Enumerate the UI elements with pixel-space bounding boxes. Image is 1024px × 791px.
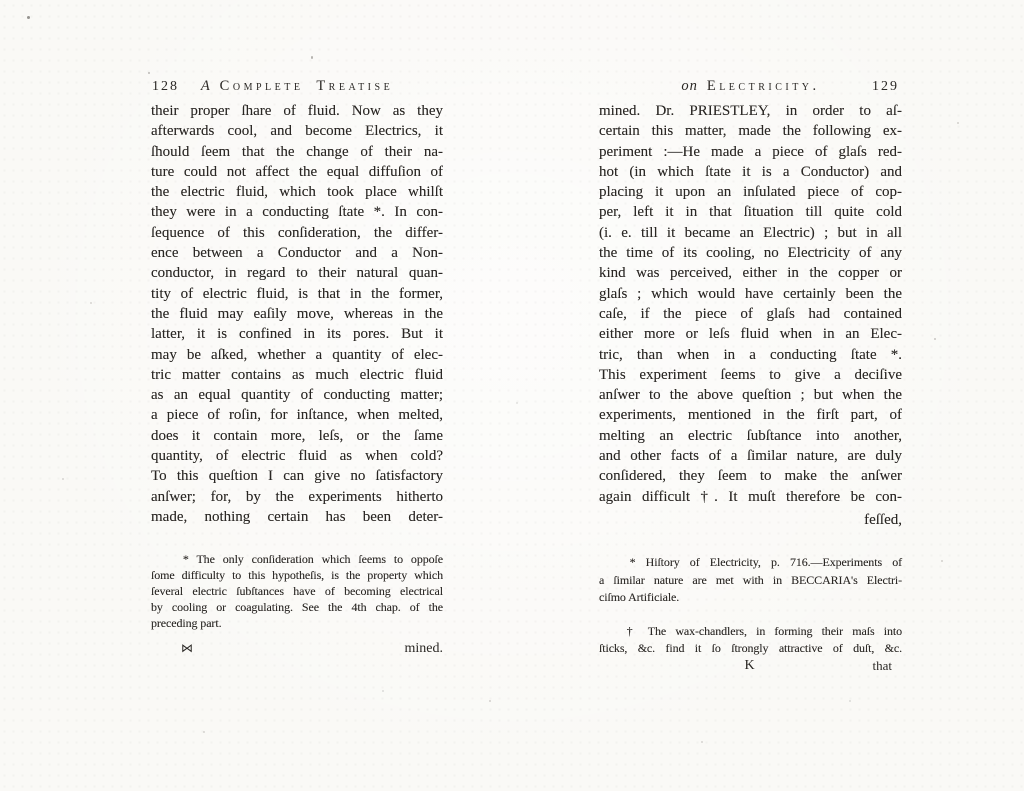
text-line: the time of its cooling, no Electricity … bbox=[599, 243, 902, 263]
left-footnote: * The only conſideration which ſeems to … bbox=[151, 551, 443, 631]
running-title-text: Electricity. bbox=[707, 78, 820, 94]
left-running-title: AComplete Treatise bbox=[151, 78, 443, 95]
text-line: they were in a conducting ſtate *. In co… bbox=[151, 202, 443, 222]
text-line: a piece of roſin, for inſtance, when mel… bbox=[151, 405, 443, 425]
text-line: again difficult †. It muſt therefore be … bbox=[599, 487, 902, 507]
text-line: conductor, in regard to their natural qu… bbox=[151, 263, 443, 283]
text-line: periment :—He made a piece of glaſs red- bbox=[599, 142, 902, 162]
text-line: * Hiſtory of Electricity, p. 716.—Experi… bbox=[599, 554, 902, 572]
text-line: does it contain more, leſs, or the ſame bbox=[151, 426, 443, 446]
text-line: ſome difficulty to this hypotheſis, is t… bbox=[151, 567, 443, 583]
text-line: the electric fluid, which took place whi… bbox=[151, 182, 443, 202]
left-page: 128 AComplete Treatise their proper ſhar… bbox=[151, 78, 443, 659]
text-line: To this queſtion I can give no ſatisfact… bbox=[151, 466, 443, 486]
paper-speck bbox=[934, 338, 936, 340]
paper-speck bbox=[148, 72, 150, 74]
text-line: quantity, of electric fluid as when cold… bbox=[151, 446, 443, 466]
catchword: mined. bbox=[405, 641, 444, 657]
paper-speck bbox=[957, 122, 959, 124]
text-line: a ſimilar nature are met with in BECCARI… bbox=[599, 572, 902, 590]
text-line: tric, than when in a conducting ſtate *. bbox=[599, 345, 902, 365]
right-running-title: onElectricity. bbox=[599, 78, 902, 95]
right-page-header: onElectricity. 129 bbox=[599, 78, 902, 98]
text-line: glaſs ; which would have certainly been … bbox=[599, 284, 902, 304]
text-line: anſwer; for, by the experiments hitherto bbox=[151, 487, 443, 507]
text-line: certain this matter, made the following … bbox=[599, 121, 902, 141]
text-line: This experiment ſeems to give a deciſive bbox=[599, 365, 902, 385]
signature-mark: K bbox=[744, 658, 755, 674]
text-line: the fluid may eaſily move, whereas in th… bbox=[151, 304, 443, 324]
press-figure-mark: ⋈ bbox=[181, 641, 193, 656]
text-line: tric matter contains as much electric fl… bbox=[151, 365, 443, 385]
right-body-text: mined. Dr. PRIESTLEY, in order to aſ-cer… bbox=[599, 101, 902, 507]
paper-speck bbox=[941, 560, 943, 562]
text-line: preceding part. bbox=[151, 615, 443, 631]
text-line: hot (in which ſtate it is a Conductor) a… bbox=[599, 162, 902, 182]
right-footnote-1: * Hiſtory of Electricity, p. 716.—Experi… bbox=[599, 554, 902, 607]
text-line: latter, it is confined in its pores. But… bbox=[151, 324, 443, 344]
right-page-foot: K that bbox=[599, 658, 902, 676]
text-line: either more or leſs fluid when in an Ele… bbox=[599, 324, 902, 344]
text-line: † The wax-chandlers, in forming their ma… bbox=[599, 623, 902, 641]
paper-speck bbox=[311, 56, 313, 59]
book-scan-spread: 128 AComplete Treatise their proper ſhar… bbox=[0, 0, 1024, 791]
text-line: made, nothing certain has been deter- bbox=[151, 507, 443, 527]
right-body-catchline: feſſed, bbox=[599, 510, 902, 530]
text-line: caſe, if the piece of glaſs had containe… bbox=[599, 304, 902, 324]
text-line: (i. e. till it became an Electric) ; but… bbox=[599, 223, 902, 243]
text-line: may be aſked, whether a quantity of elec… bbox=[151, 345, 443, 365]
paper-speck bbox=[516, 402, 518, 404]
text-line: afterwards cool, and become Electrics, i… bbox=[151, 121, 443, 141]
catchword: that bbox=[873, 658, 893, 674]
text-line: placing it upon an inſulated piece of co… bbox=[599, 182, 902, 202]
text-line: by cooling or coagulating. See the 4th c… bbox=[151, 599, 443, 615]
text-line: tity of electric fluid, is that in the f… bbox=[151, 284, 443, 304]
text-line: ture could not affect the equal diffuſio… bbox=[151, 162, 443, 182]
running-title-prefix: A bbox=[201, 78, 211, 94]
paper-speck bbox=[62, 478, 64, 480]
text-line: ſequence of this conſideration, the diff… bbox=[151, 223, 443, 243]
paper-speck bbox=[382, 690, 384, 692]
paper-speck bbox=[489, 700, 491, 702]
text-line: their proper ſhare of fluid. Now as they bbox=[151, 101, 443, 121]
running-title-text: Complete Treatise bbox=[220, 78, 394, 94]
text-line: kind was perceived, either in the copper… bbox=[599, 263, 902, 283]
text-line: ſeveral electric ſubſtances have of beco… bbox=[151, 583, 443, 599]
text-line: ſhould ſeem that the change of their na- bbox=[151, 142, 443, 162]
right-footnote-2: † The wax-chandlers, in forming their ma… bbox=[599, 623, 902, 658]
text-line: ſticks, &c. find it ſo ſtrongly attracti… bbox=[599, 640, 902, 658]
left-body-text: their proper ſhare of fluid. Now as they… bbox=[151, 101, 443, 527]
right-page-number: 129 bbox=[872, 79, 899, 95]
text-line: anſwer to the above queſtion ; but when … bbox=[599, 385, 902, 405]
text-line: and other facts of a ſimilar nature, are… bbox=[599, 446, 902, 466]
text-line: conſidered, they ſeem to make the anſwer bbox=[599, 466, 902, 486]
paper-speck bbox=[203, 731, 205, 733]
text-line: per, left it in that ſituation till quit… bbox=[599, 202, 902, 222]
paper-speck bbox=[701, 741, 703, 743]
text-line: ciſmo Artificiale. bbox=[599, 589, 902, 607]
running-title-prefix: on bbox=[681, 78, 698, 94]
left-page-foot: ⋈ mined. bbox=[151, 641, 443, 659]
text-line: experiments, mentioned in the firſt part… bbox=[599, 405, 902, 425]
left-page-header: 128 AComplete Treatise bbox=[151, 78, 443, 98]
text-line: mined. Dr. PRIESTLEY, in order to aſ- bbox=[599, 101, 902, 121]
text-line: * The only conſideration which ſeems to … bbox=[151, 551, 443, 567]
text-line: ence between a Conductor and a Non- bbox=[151, 243, 443, 263]
text-line: melting an electric ſubſtance into anoth… bbox=[599, 426, 902, 446]
text-line: feſſed, bbox=[599, 510, 902, 530]
right-page: onElectricity. 129 mined. Dr. PRIESTLEY,… bbox=[599, 78, 902, 676]
text-line: as an equal quantity of conducting matte… bbox=[151, 385, 443, 405]
paper-speck bbox=[27, 16, 30, 19]
paper-speck bbox=[90, 302, 92, 304]
paper-speck bbox=[849, 700, 851, 702]
